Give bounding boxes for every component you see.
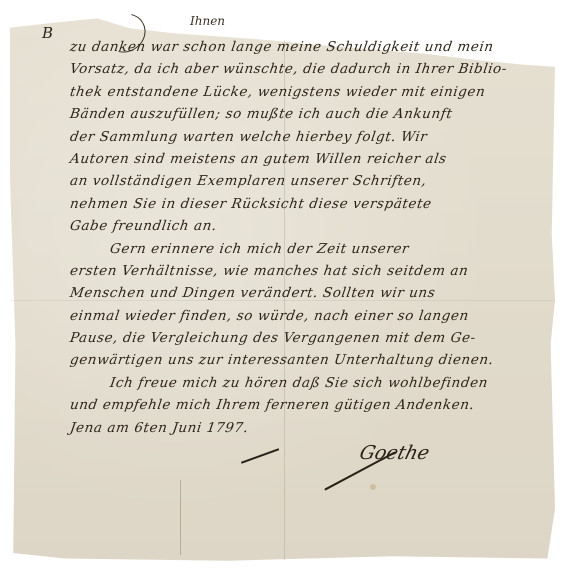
- corner-mark: B: [42, 24, 53, 42]
- letter-line: einmal wieder finden, so würde, nach ein…: [68, 305, 541, 327]
- letter-line: ersten Verhältnisse, wie manches hat sic…: [68, 260, 541, 282]
- letter-line: Pause, die Vergleichung des Vergangenen …: [68, 327, 541, 349]
- letter-line: genwärtigen uns zur interessanten Unterh…: [68, 349, 541, 371]
- letter-line: Gabe freundlich an.: [68, 215, 541, 237]
- paper-stain: [370, 484, 376, 490]
- letter-line: Vorsatz, da ich aber wünschte, die dadur…: [68, 58, 541, 80]
- letter-line: Gern erinnere ich mich der Zeit unserer: [68, 238, 541, 260]
- letter-line: an vollständigen Exemplaren unserer Schr…: [68, 170, 541, 192]
- letter-line: Ich freue mich zu hören daß Sie sich woh…: [68, 372, 541, 394]
- torn-top-fragment: Ihnen: [190, 14, 225, 28]
- letter-line: nehmen Sie in dieser Rücksicht diese ver…: [68, 193, 541, 215]
- letter-line: thek entstandene Lücke, wenigstens wiede…: [68, 81, 541, 103]
- letter-body: zu danken war schon lange meine Schuldig…: [70, 36, 540, 439]
- letter-line: Autoren sind meistens an gutem Willen re…: [68, 148, 541, 170]
- letter-line: Menschen und Dingen verändert. Sollten w…: [68, 282, 541, 304]
- letter-line: und empfehle mich Ihrem ferneren gütigen…: [68, 394, 541, 416]
- letter-line: der Sammlung warten welche hierbey folgt…: [68, 126, 541, 148]
- letter-line: zu danken war schon lange meine Schuldig…: [68, 36, 541, 58]
- date-line: Jena am 6ten Juni 1797.: [68, 417, 541, 439]
- paper-crease: [180, 480, 181, 555]
- letter-line: Bänden auszufüllen; so mußte ich auch di…: [68, 103, 541, 125]
